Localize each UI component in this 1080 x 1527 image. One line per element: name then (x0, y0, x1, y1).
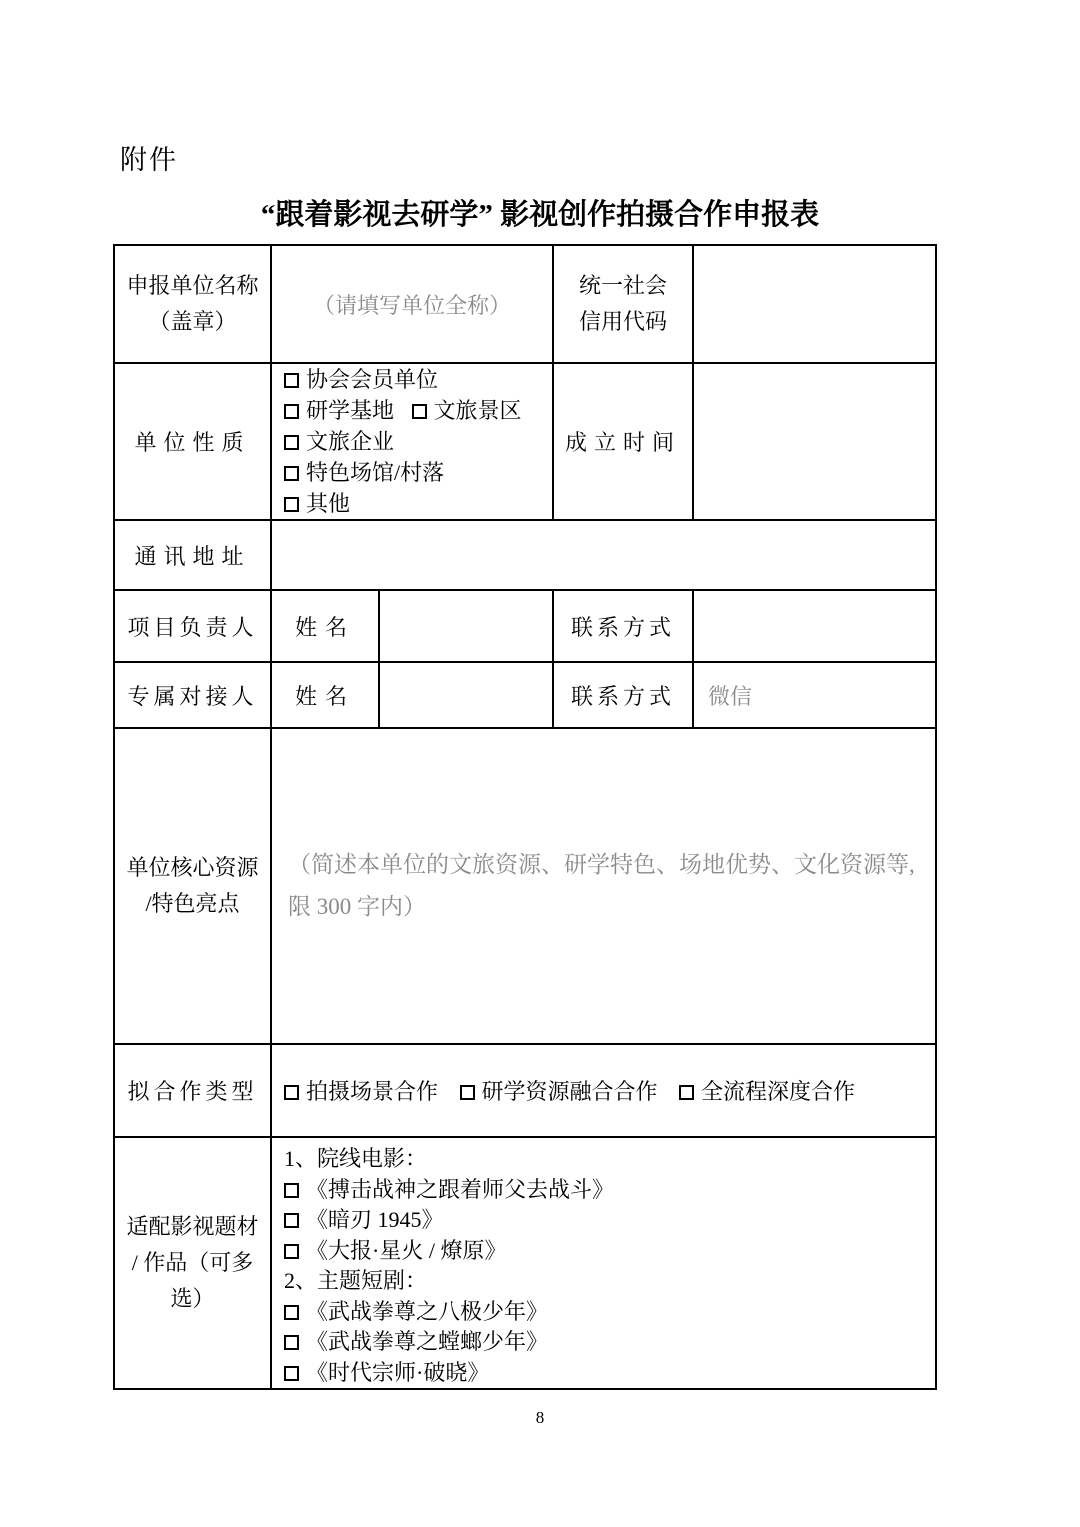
unit-type-option-row: 其他 (284, 488, 552, 519)
media-label-cell: 适配影视题材 / 作品（可多 选） (114, 1137, 271, 1389)
project-leader-label-cell: 项目负责人 (114, 590, 271, 662)
media-option-label: 《武战拳尊之螳螂少年》 (306, 1329, 548, 1354)
uscc-label-line2: 信用代码 (554, 304, 692, 340)
checkbox-icon[interactable] (284, 1213, 299, 1228)
checkbox-icon[interactable] (284, 1244, 299, 1259)
unit-type-option-row: 文旅企业 (284, 426, 552, 457)
media-option-label: 《时代宗师·破晓》 (306, 1360, 489, 1385)
cooperation-option[interactable]: 研学资源融合合作 (460, 1079, 658, 1104)
project-leader-name-label-cell: 姓名 (271, 590, 379, 662)
checkbox-icon[interactable] (412, 404, 427, 419)
unit-type-option[interactable]: 其他 (284, 491, 350, 516)
media-option[interactable]: 《武战拳尊之八极少年》 (284, 1297, 927, 1328)
media-option[interactable]: 《搏击战神之跟着师父去战斗》 (284, 1175, 927, 1206)
project-leader-contact-input-cell[interactable] (693, 590, 936, 662)
unit-type-options-cell: 协会会员单位 研学基地 文旅景区 文旅企业 特色场馆/村落 其他 (271, 363, 553, 520)
checkbox-icon[interactable] (284, 1305, 299, 1320)
media-label-line3: 选） (115, 1281, 270, 1317)
unit-type-option-row: 协会会员单位 (284, 364, 552, 395)
attachment-label: 附件 (120, 138, 178, 177)
checkbox-icon[interactable] (284, 1085, 299, 1100)
applicant-label-cell: 申报单位名称 （盖章） (114, 245, 271, 363)
unit-type-option-label: 文旅企业 (306, 429, 394, 454)
cooperation-option-label: 全流程深度合作 (701, 1079, 855, 1104)
uscc-label-cell: 统一社会 信用代码 (553, 245, 693, 363)
row-cooperation-type: 拟合作类型 拍摄场景合作 研学资源融合合作 全流程深度合作 (114, 1044, 936, 1137)
row-core-resources: 单位核心资源 /特色亮点 （简述本单位的文旅资源、研学特色、场地优势、文化资源等… (114, 728, 936, 1044)
core-resources-label-cell: 单位核心资源 /特色亮点 (114, 728, 271, 1044)
core-resources-input-cell[interactable]: （简述本单位的文旅资源、研学特色、场地优势、文化资源等, 限 300 字内） (271, 728, 936, 1044)
core-resources-label-line2: /特色亮点 (115, 886, 270, 922)
checkbox-icon[interactable] (284, 1366, 299, 1381)
media-option-label: 《搏击战神之跟着师父去战斗》 (306, 1177, 614, 1202)
dedicated-contact-label-cell: 专属对接人 (114, 662, 271, 728)
checkbox-icon[interactable] (284, 466, 299, 481)
media-option[interactable]: 《武战拳尊之螳螂少年》 (284, 1327, 927, 1358)
unit-type-option[interactable]: 研学基地 (284, 398, 394, 423)
unit-type-option[interactable]: 协会会员单位 (284, 367, 438, 392)
unit-type-option-label: 其他 (306, 491, 350, 516)
page-number: 8 (0, 1408, 1080, 1428)
unit-name-input-cell[interactable]: （请填写单位全称） (271, 245, 553, 363)
checkbox-icon[interactable] (284, 1335, 299, 1350)
applicant-label-line1: 申报单位名称 (115, 268, 270, 304)
dedicated-contact-name-label-cell: 姓名 (271, 662, 379, 728)
row-applicant: 申报单位名称 （盖章） （请填写单位全称） 统一社会 信用代码 (114, 245, 936, 363)
project-leader-name-input-cell[interactable] (379, 590, 553, 662)
media-section-heading: 2、主题短剧： (284, 1266, 927, 1297)
media-option-label: 《大报·星火 / 燎原》 (306, 1238, 506, 1263)
media-options-cell: 1、院线电影： 《搏击战神之跟着师父去战斗》 《暗刃 1945》 《大报·星火 … (271, 1137, 936, 1389)
project-leader-contact-label-cell: 联系方式 (553, 590, 693, 662)
media-label-line1: 适配影视题材 (115, 1209, 270, 1245)
media-option[interactable]: 《大报·星火 / 燎原》 (284, 1236, 927, 1267)
row-unit-type: 单位性质 协会会员单位 研学基地 文旅景区 文旅企业 特色场馆/村落 其他 成立… (114, 363, 936, 520)
unit-type-option-label: 文旅景区 (434, 398, 522, 423)
checkbox-icon[interactable] (284, 404, 299, 419)
checkbox-icon[interactable] (284, 1183, 299, 1198)
unit-type-option-label: 协会会员单位 (306, 367, 438, 392)
unit-type-option-row: 特色场馆/村落 (284, 457, 552, 488)
uscc-label-line1: 统一社会 (554, 268, 692, 304)
row-dedicated-contact: 专属对接人 姓名 联系方式 微信 (114, 662, 936, 728)
media-label-line2: / 作品（可多 (115, 1245, 270, 1281)
media-option-label: 《暗刃 1945》 (306, 1207, 444, 1232)
dedicated-contact-contact-input-cell[interactable]: 微信 (693, 662, 936, 728)
unit-type-option-row: 研学基地 文旅景区 (284, 395, 552, 426)
row-media-works: 适配影视题材 / 作品（可多 选） 1、院线电影： 《搏击战神之跟着师父去战斗》… (114, 1137, 936, 1389)
address-label-cell: 通讯地址 (114, 520, 271, 590)
checkbox-icon[interactable] (284, 373, 299, 388)
dedicated-contact-name-input-cell[interactable] (379, 662, 553, 728)
uscc-input-cell[interactable] (693, 245, 936, 363)
media-option-label: 《武战拳尊之八极少年》 (306, 1299, 548, 1324)
dedicated-contact-contact-label-cell: 联系方式 (553, 662, 693, 728)
cooperation-option[interactable]: 拍摄场景合作 (284, 1079, 438, 1104)
cooperation-option-label: 研学资源融合合作 (482, 1079, 658, 1104)
cooperation-option[interactable]: 全流程深度合作 (679, 1079, 855, 1104)
core-resources-label-line1: 单位核心资源 (115, 850, 270, 886)
unit-type-option-label: 特色场馆/村落 (306, 460, 444, 485)
media-option[interactable]: 《时代宗师·破晓》 (284, 1358, 927, 1389)
cooperation-option-label: 拍摄场景合作 (306, 1079, 438, 1104)
media-option[interactable]: 《暗刃 1945》 (284, 1205, 927, 1236)
row-project-leader: 项目负责人 姓名 联系方式 (114, 590, 936, 662)
checkbox-icon[interactable] (679, 1085, 694, 1100)
cooperation-type-options-cell: 拍摄场景合作 研学资源融合合作 全流程深度合作 (271, 1044, 936, 1137)
application-form-table: 申报单位名称 （盖章） （请填写单位全称） 统一社会 信用代码 单位性质 协会会… (113, 244, 937, 1390)
checkbox-icon[interactable] (460, 1085, 475, 1100)
cooperation-type-label-cell: 拟合作类型 (114, 1044, 271, 1137)
media-section-heading: 1、院线电影： (284, 1144, 927, 1175)
unit-type-option[interactable]: 文旅企业 (284, 429, 394, 454)
unit-type-option[interactable]: 特色场馆/村落 (284, 460, 444, 485)
row-address: 通讯地址 (114, 520, 936, 590)
checkbox-icon[interactable] (284, 435, 299, 450)
unit-type-option[interactable]: 文旅景区 (412, 398, 522, 423)
unit-type-option-label: 研学基地 (306, 398, 394, 423)
page-title: “跟着影视去研学” 影视创作拍摄合作申报表 (0, 192, 1080, 233)
checkbox-icon[interactable] (284, 497, 299, 512)
address-input-cell[interactable] (271, 520, 936, 590)
established-label-cell: 成立时间 (553, 363, 693, 520)
established-input-cell[interactable] (693, 363, 936, 520)
unit-type-label-cell: 单位性质 (114, 363, 271, 520)
applicant-label-line2: （盖章） (115, 304, 270, 340)
